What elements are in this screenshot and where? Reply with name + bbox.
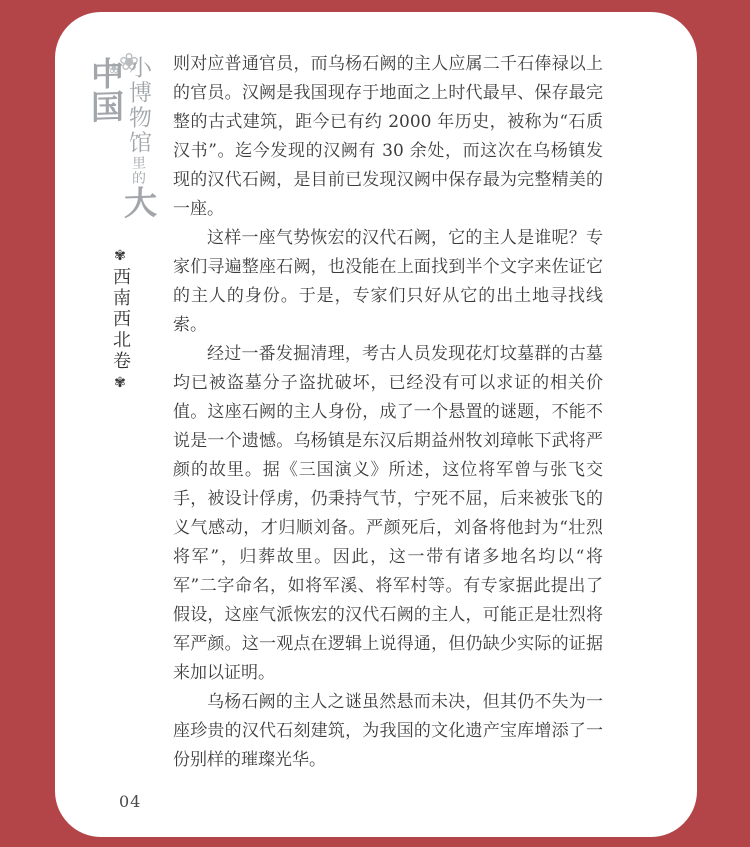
article-body: 则对应普通官员，而乌杨石阙的主人应属二千石俸禄以上的官员。汉阙是我国现存于地面之… xyxy=(173,50,603,775)
logo-title-small: 小博物馆 xyxy=(125,55,151,156)
page-background: { "page": { "frame_color": "#b34549", "c… xyxy=(0,0,750,847)
page-number: 04 xyxy=(119,792,141,811)
paragraph: 这样一座气势恢宏的汉代石阙，它的主人是谁呢？专家们寻遍整座石阙，也没能在上面找到… xyxy=(173,224,603,340)
paragraph: 乌杨石阙的主人之谜虽然悬而未决，但其仍不失为一座珍贵的汉代石刻建筑，为我国的文化… xyxy=(173,688,603,775)
seal-ornament-top-icon: ✾ xyxy=(113,245,127,267)
paragraph: 则对应普通官员，而乌杨石阙的主人应属二千石俸禄以上的官员。汉阙是我国现存于地面之… xyxy=(173,50,603,224)
paragraph: 经过一番发掘清理，考古人员发现花灯坟墓群的古墓均已被盗墓分子盗扰破坏，已经没有可… xyxy=(173,340,603,688)
volume-label-column: ✾西南西北卷✾ xyxy=(111,245,129,394)
book-page-card: ❀ ❀ 小博物馆里的大中国 ✾西南西北卷✾ 则对应普通官员，而乌杨石阙的主人应属… xyxy=(55,12,697,837)
seal-ornament-bottom-icon: ✾ xyxy=(113,372,127,394)
logo-title-mid: 里的 xyxy=(130,155,146,186)
volume-label: 西南西北卷 xyxy=(110,267,131,372)
brand-logo: 小博物馆里的大中国 xyxy=(89,55,155,252)
